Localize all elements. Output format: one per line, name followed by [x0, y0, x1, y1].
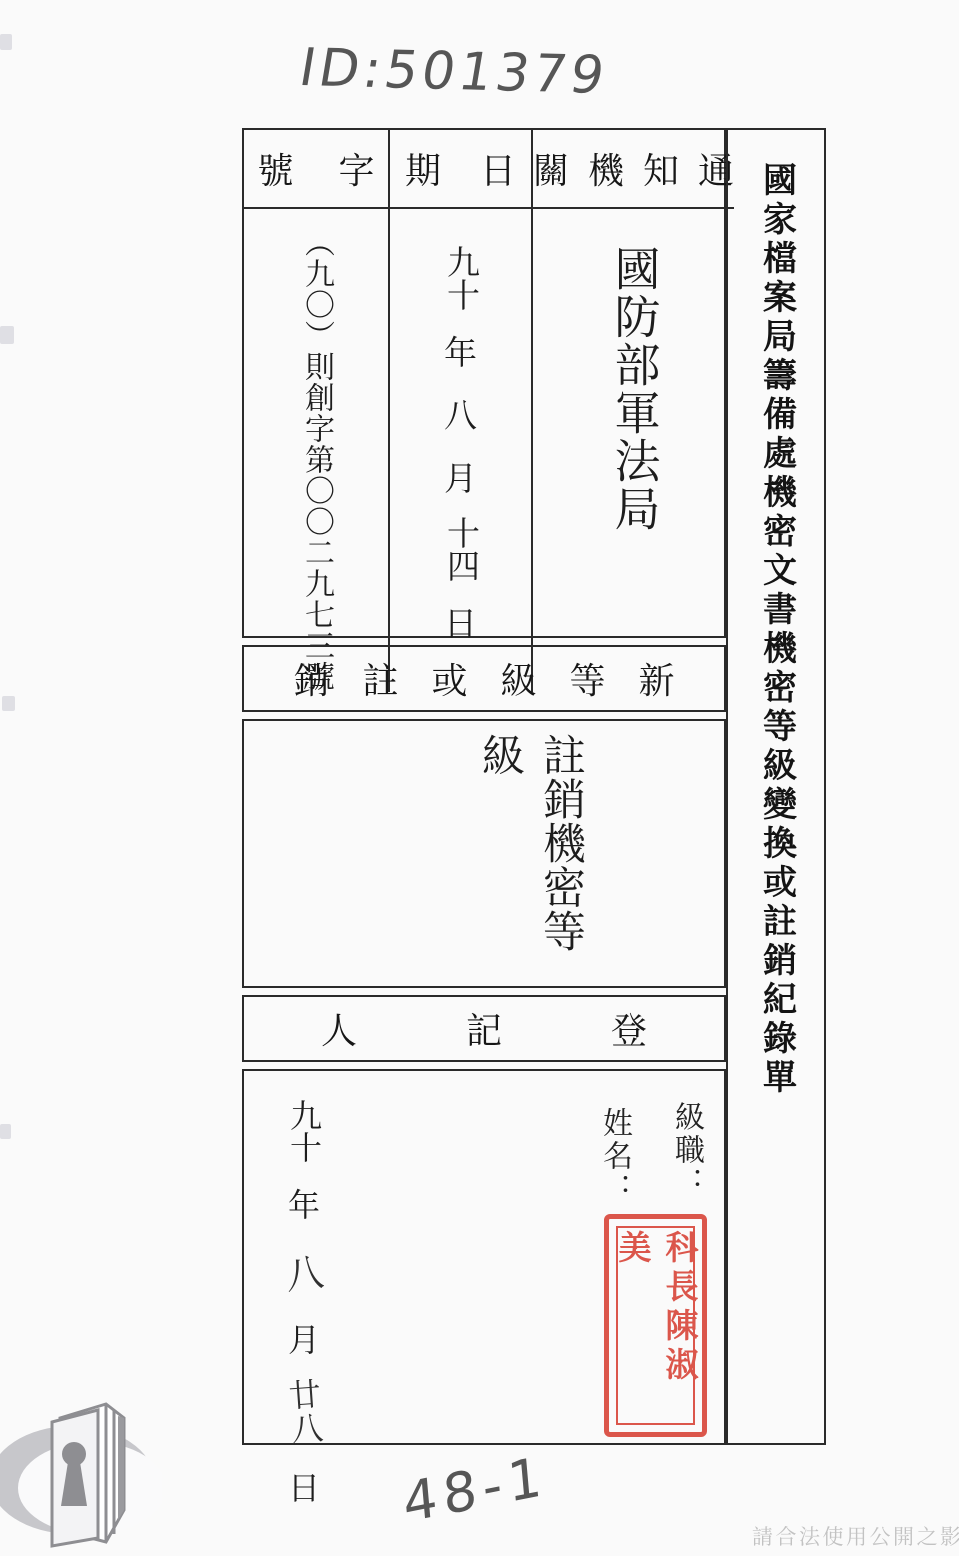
book-spine: [118, 1416, 124, 1520]
date-year-unit: 年: [444, 327, 477, 374]
notify-section: 號 字 期 日 關 機 知 通 （九〇）則創字第〇〇二九七三號 九十 年 八 月…: [242, 128, 726, 638]
form-main-column: 號 字 期 日 關 機 知 通 （九〇）則創字第〇〇二九七三號 九十 年 八 月…: [242, 128, 726, 1445]
handwritten-page-number: 48-1: [401, 1444, 550, 1535]
name-stamp-text: 科長陳淑美: [609, 1228, 703, 1423]
reg-date-year-unit: 年: [288, 1180, 320, 1226]
issue-date-cell: 九十 年 八 月 十四 日: [390, 209, 533, 692]
serial-column-header: 號 字: [244, 130, 390, 209]
rank-label: 級職：: [664, 1101, 708, 1200]
registrar-date: 九十 年 八 月 廿八 日: [272, 1099, 336, 1509]
scan-artifact: [0, 326, 14, 344]
reg-date-month-handwritten: 八: [282, 1241, 326, 1300]
serial-number: （九〇）則創字第〇〇二九七三號: [294, 209, 338, 692]
new-level-value: 註銷機密等級: [469, 721, 591, 986]
registrar-header: 人 記 登: [242, 995, 726, 1062]
name-stamp: 科長陳淑美: [604, 1214, 707, 1437]
reg-date-year: 九十: [281, 1099, 327, 1163]
reg-date-day-unit: 日: [288, 1463, 320, 1509]
reg-date-month-unit: 月: [288, 1315, 320, 1361]
scanned-document-page: ID:501379 號 字 期 日 關 機 知 通 （九〇）則創字第〇〇二九七三…: [0, 0, 959, 1556]
serial-number-cell: （九〇）則創字第〇〇二九七三號: [244, 209, 390, 692]
date-year: 九十: [437, 245, 484, 311]
legal-watermark: 請合法使用公開之影像: [752, 1521, 959, 1551]
scan-artifact: [2, 696, 15, 711]
agency-cell: 國防部軍法局: [533, 209, 734, 692]
form-table: 號 字 期 日 關 機 知 通 （九〇）則創字第〇〇二九七三號 九十 年 八 月…: [242, 128, 826, 1445]
scan-artifact: [0, 1124, 11, 1139]
archives-book-keyhole-logo: [0, 1388, 162, 1556]
agency-name: 國防部軍法局: [601, 209, 667, 692]
registrar-cell: 九十 年 八 月 廿八 日 級職： 姓名： 科長陳淑美: [242, 1069, 726, 1445]
date-column-header: 期 日: [390, 130, 533, 209]
agency-column-header: 關 機 知 通: [533, 130, 734, 209]
form-title-column: 國家檔案局籌備處機密文書機密等級變換或註銷紀錄單: [726, 128, 826, 1445]
name-label: 姓名：: [592, 1107, 636, 1206]
new-level-header: 銷 註 或 級 等 新: [242, 645, 726, 712]
issue-date: 九十 年 八 月 十四 日: [390, 209, 531, 645]
new-level-cell: 註銷機密等級: [242, 719, 726, 988]
date-day: 十四: [437, 516, 484, 582]
reg-date-day-handwritten: 廿八: [279, 1376, 330, 1447]
form-title: 國家檔案局籌備處機密文書機密等級變換或註銷紀錄單: [752, 130, 801, 1443]
name-stamp-inner-border: 科長陳淑美: [616, 1226, 695, 1425]
date-month: 八: [444, 390, 477, 437]
scan-artifact: [0, 34, 12, 50]
handwritten-id-note: ID:501379: [295, 38, 612, 106]
date-month-unit: 月: [444, 453, 477, 500]
